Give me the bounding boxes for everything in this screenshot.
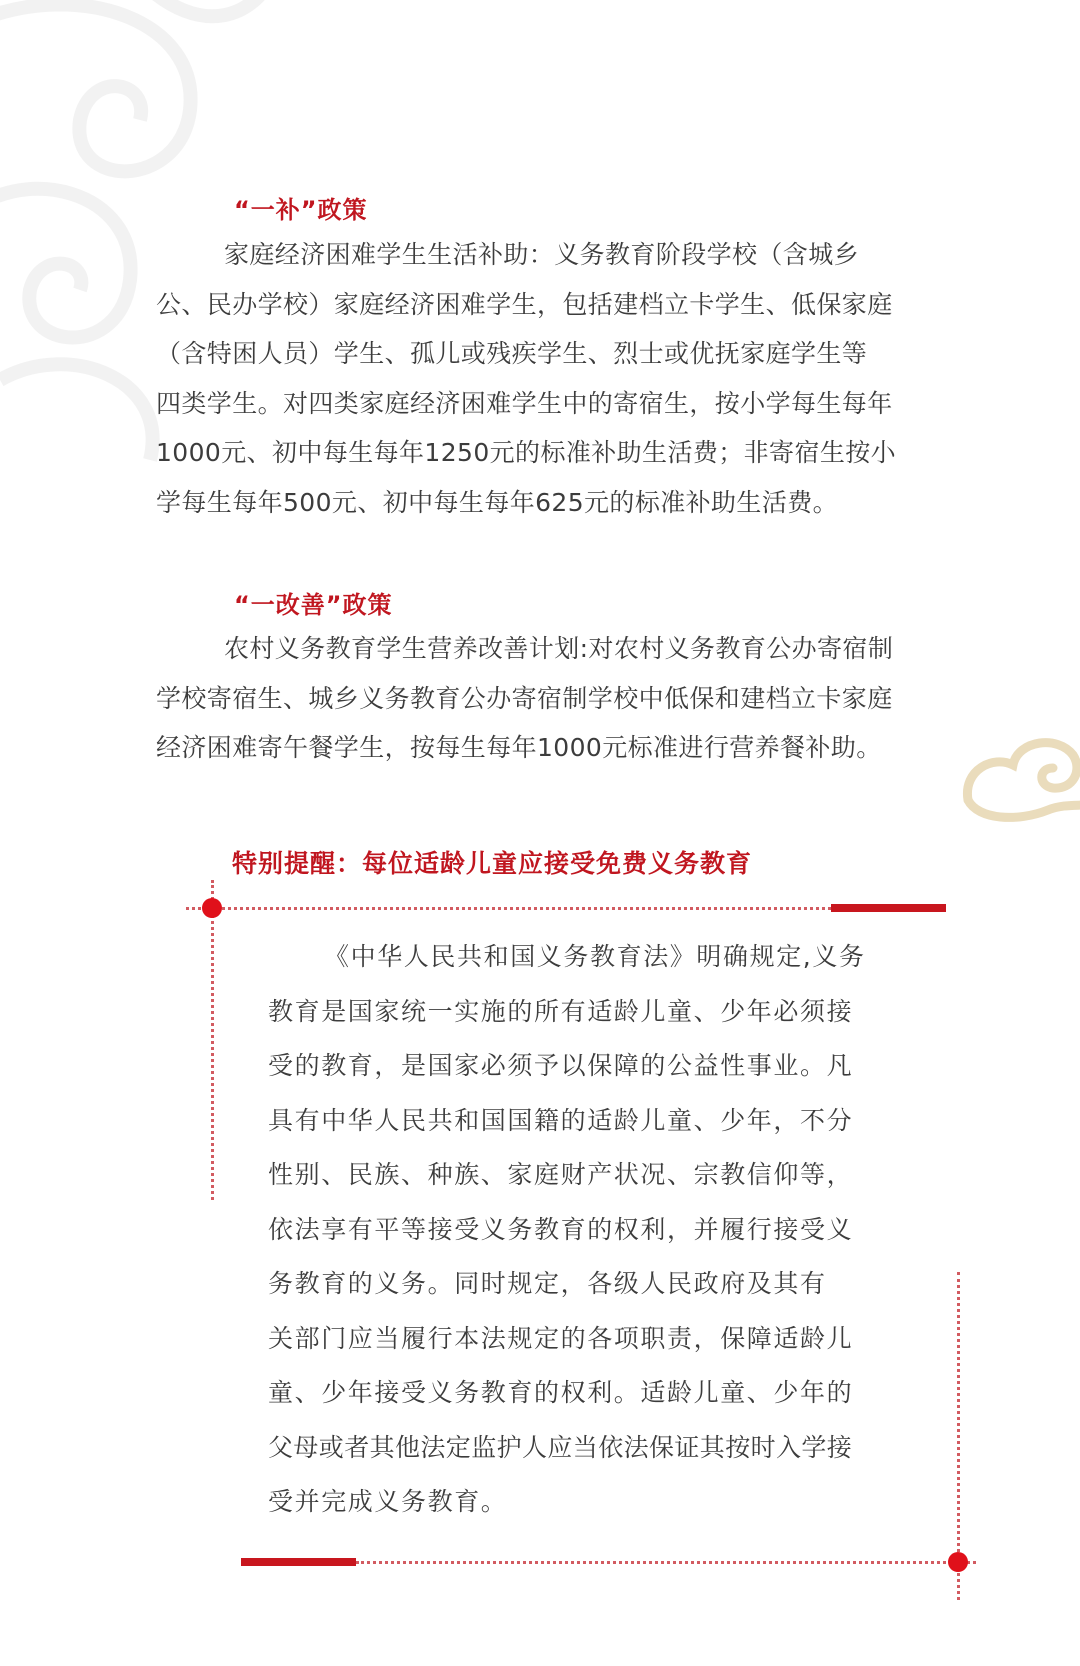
bottom-red-bar xyxy=(241,1558,356,1566)
text-line: 务教育的义务。同时规定，各级人民政府及其有 xyxy=(268,1257,866,1312)
cloud-decoration xyxy=(958,730,1080,830)
top-red-bar xyxy=(831,904,946,912)
reminder-heading: 特别提醒：每位适龄儿童应接受免费义务教育 xyxy=(232,844,752,880)
text-line: 公、民办学校）家庭经济困难学生，包括建档立卡学生、低保家庭 xyxy=(156,280,896,330)
text-line: 受并完成义务教育。 xyxy=(268,1475,866,1530)
section-heading-yibu: “一补”政策 xyxy=(234,190,368,225)
section-heading-yigaishan: “一改善”政策 xyxy=(234,585,393,620)
text-line: 童、少年接受义务教育的权利。适龄儿童、少年的 xyxy=(268,1366,866,1421)
top-left-red-dot xyxy=(202,898,222,918)
text-line: 农村义务教育学生营养改善计划:对农村义务教育公办寄宿制 xyxy=(156,624,893,674)
text-line: 经济困难寄午餐学生，按每生每年1000元标准进行营养餐补助。 xyxy=(156,723,893,773)
text-line: 家庭经济困难学生生活补助：义务教育阶段学校（含城乡 xyxy=(156,230,896,280)
text-line: 四类学生。对四类家庭经济困难学生中的寄宿生，按小学每生每年 xyxy=(156,379,896,429)
section-body-yibu: 家庭经济困难学生生活补助：义务教育阶段学校（含城乡 公、民办学校）家庭经济困难学… xyxy=(156,230,896,527)
text-line: 《中华人民共和国义务教育法》明确规定,义务 xyxy=(268,930,866,985)
section-body-yigaishan: 农村义务教育学生营养改善计划:对农村义务教育公办寄宿制 学校寄宿生、城乡义务教育… xyxy=(156,624,893,773)
text-line: 学每生每年500元、初中每生每年625元的标准补助生活费。 xyxy=(156,478,896,528)
text-line: （含特困人员）学生、孤儿或残疾学生、烈士或优抚家庭学生等 xyxy=(156,329,896,379)
text-line: 学校寄宿生、城乡义务教育公办寄宿制学校中低保和建档立卡家庭 xyxy=(156,674,893,724)
text-line: 具有中华人民共和国国籍的适龄儿童、少年，不分 xyxy=(268,1094,866,1149)
text-line: 教育是国家统一实施的所有适龄儿童、少年必须接 xyxy=(268,985,866,1040)
right-dotted-rule xyxy=(957,1272,960,1600)
text-line: 性别、民族、种族、家庭财产状况、宗教信仰等， xyxy=(268,1148,866,1203)
reminder-body: 《中华人民共和国义务教育法》明确规定,义务 教育是国家统一实施的所有适龄儿童、少… xyxy=(268,930,866,1530)
bottom-dotted-rule xyxy=(356,1561,976,1564)
text-line: 受的教育，是国家必须予以保障的公益性事业。凡 xyxy=(268,1039,866,1094)
text-line: 1000元、初中每生每年1250元的标准补助生活费；非寄宿生按小 xyxy=(156,428,896,478)
text-line: 关部门应当履行本法规定的各项职责，保障适龄儿 xyxy=(268,1312,866,1367)
left-dotted-rule xyxy=(211,880,214,1200)
text-line: 依法享有平等接受义务教育的权利，并履行接受义 xyxy=(268,1203,866,1258)
text-line: 父母或者其他法定监护人应当依法保证其按时入学接 xyxy=(268,1421,866,1476)
top-dotted-rule xyxy=(186,907,831,910)
bottom-right-red-dot xyxy=(948,1552,968,1572)
